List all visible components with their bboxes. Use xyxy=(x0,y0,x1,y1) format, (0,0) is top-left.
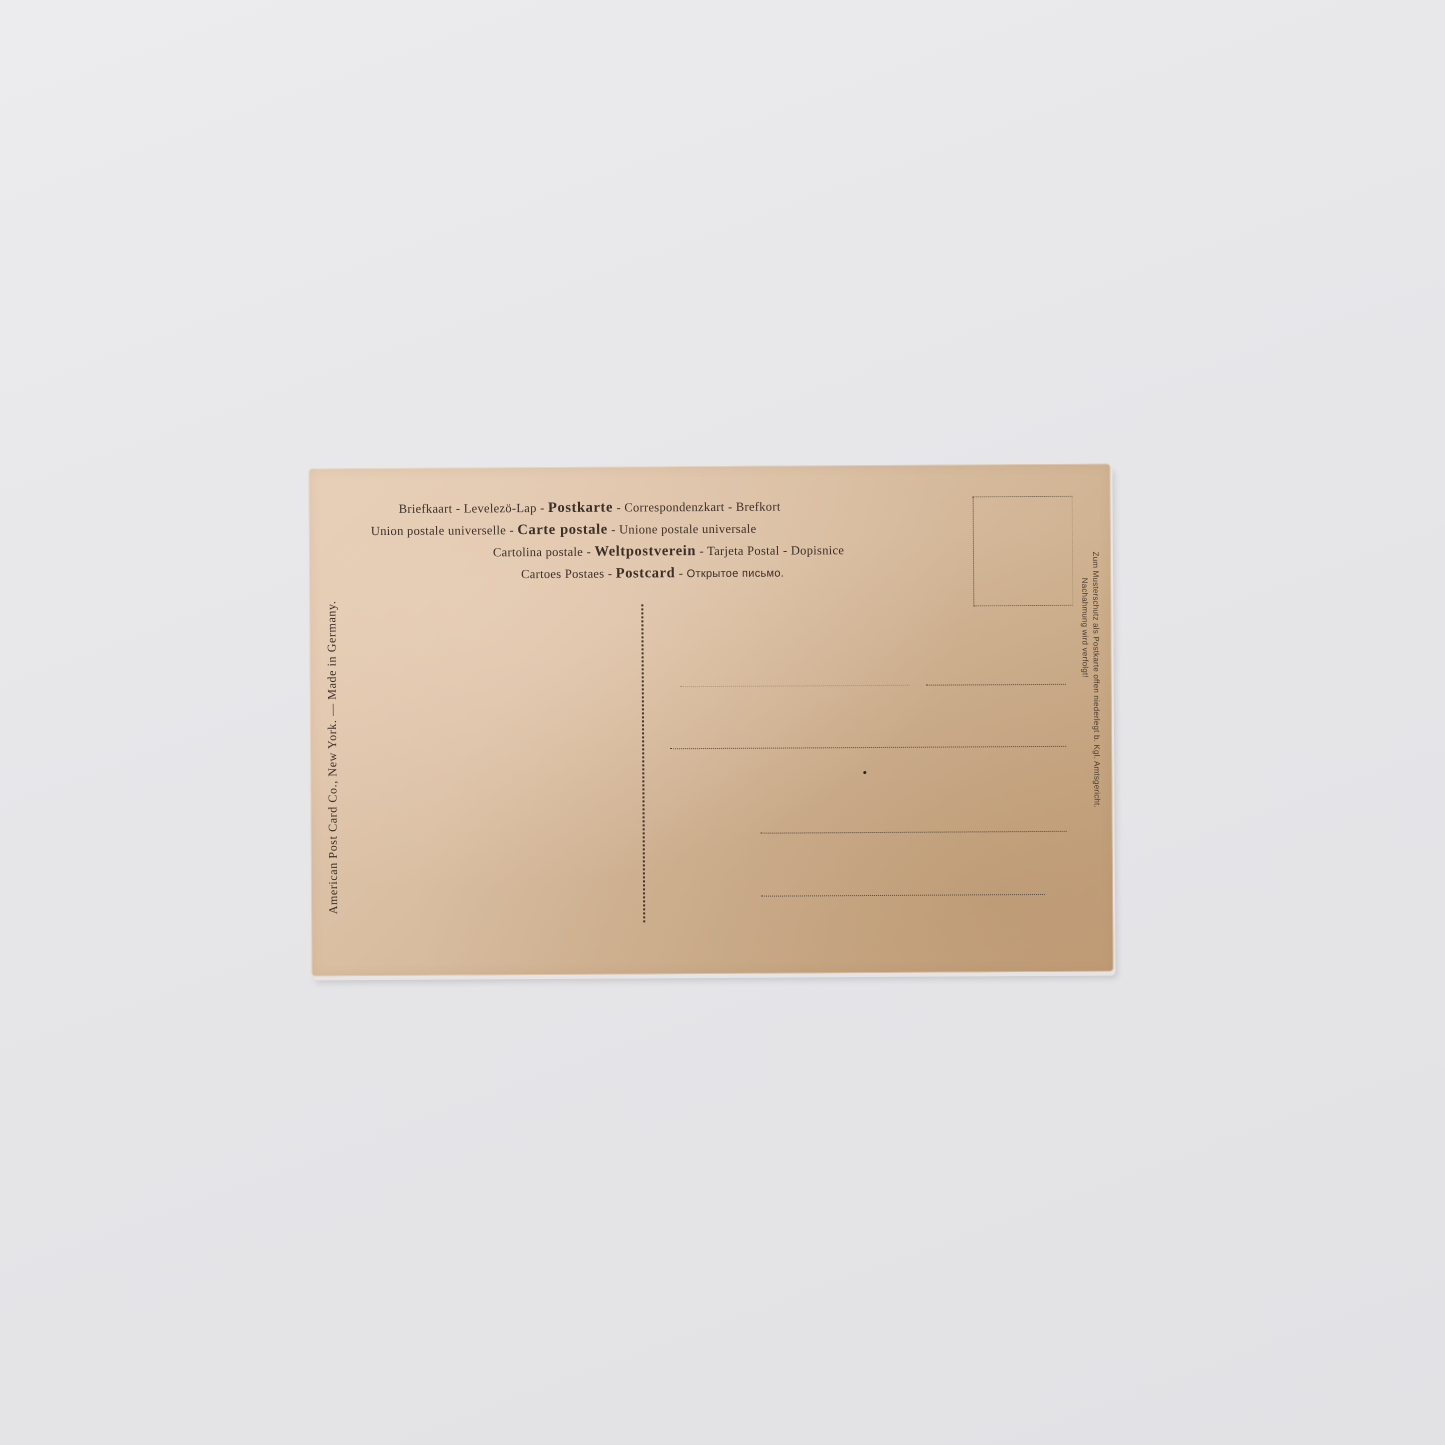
header-text: Cartolina postale - xyxy=(493,545,595,560)
header-emphasis: Postcard xyxy=(616,565,676,581)
postcard-header: Briefkaart - Levelezö-Lap - Postkarte - … xyxy=(379,495,940,587)
header-text: - Tarjeta Postal - Dopisnice xyxy=(696,543,844,558)
stamp-box xyxy=(973,496,1074,607)
header-text: - xyxy=(675,566,686,580)
header-emphasis: Postkarte xyxy=(548,500,613,516)
header-text: Cartoes Postaes - xyxy=(521,567,616,582)
header-text: Union postale universelle - xyxy=(371,523,518,538)
header-emphasis: Carte postale xyxy=(517,522,607,539)
header-emphasis: Weltpostverein xyxy=(594,543,696,560)
header-text: - Correspondenzkart - Brefkort xyxy=(613,500,781,515)
header-text: Briefkaart - Levelezö-Lap - xyxy=(399,501,548,516)
postcard-back: American Post Card Co., New York. — Made… xyxy=(308,464,1113,977)
ink-speck xyxy=(863,771,866,774)
address-line-2 xyxy=(670,746,1066,749)
header-line-4: Cartoes Postaes - Postcard - Открытое пи… xyxy=(349,561,939,588)
header-text: - Unione postale universale xyxy=(608,522,757,537)
photo-scene: American Post Card Co., New York. — Made… xyxy=(0,0,1445,1445)
legal-notice: Zum Musterschutz als Postkarte offen nie… xyxy=(1071,552,1103,882)
address-line-1 xyxy=(926,684,1066,686)
header-cyrillic: Открытое письмо. xyxy=(687,568,785,581)
legal-notice-line-1: Zum Musterschutz als Postkarte offen nie… xyxy=(1090,552,1103,882)
message-address-divider xyxy=(641,604,645,922)
address-line-1-faint xyxy=(680,685,910,687)
address-line-4 xyxy=(761,894,1045,897)
address-line-3 xyxy=(761,831,1067,834)
publisher-imprint: American Post Card Co., New York. — Made… xyxy=(324,504,347,914)
